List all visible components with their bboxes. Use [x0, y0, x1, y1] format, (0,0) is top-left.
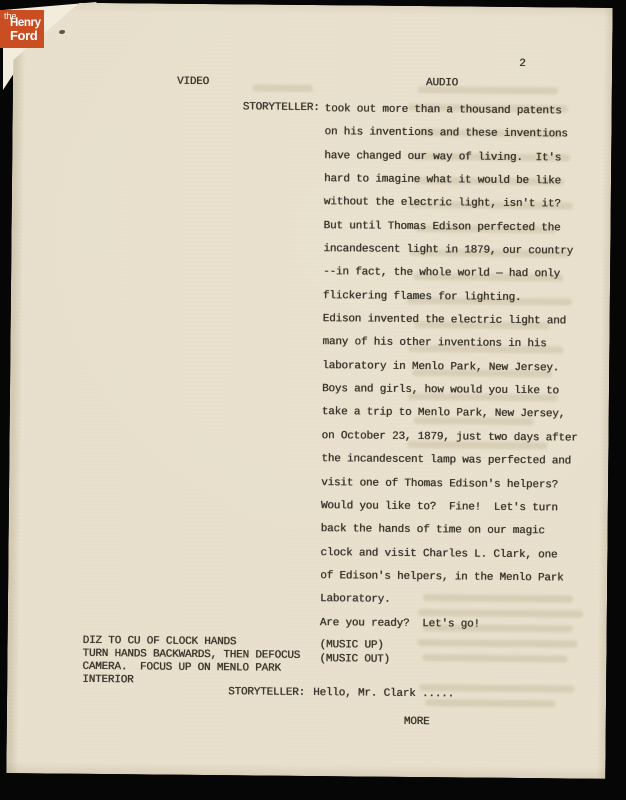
audio-dialogue-block: took out more than a thousand patentson …: [320, 98, 581, 637]
dialogue-line: the incandescent lamp was perfected and: [321, 448, 577, 474]
dialogue-line: hard to imagine what it would be like: [324, 168, 580, 194]
dialogue-line: take a trip to Menlo Park, New Jersey,: [322, 402, 578, 428]
page-number: 2: [519, 58, 526, 70]
henry-ford-logo: the Henry Ford: [0, 10, 44, 48]
bleed-through-artifact: [253, 84, 313, 92]
dialogue-line: --in fact, the whole world — had only: [323, 262, 579, 288]
more-continuation-label: MORE: [404, 716, 430, 728]
dialogue-line: without the electric light, isn't it?: [324, 192, 580, 218]
dialogue-line: visit one of Thomas Edison's helpers?: [321, 472, 577, 498]
dialogue-line: on his inventions and these inventions: [324, 121, 580, 147]
music-cue-line: (MUSIC OUT): [319, 652, 390, 667]
dialogue-line: Boys and girls, how would you like to: [322, 378, 578, 404]
dialogue-line: clock and visit Charles L. Clark, one: [320, 542, 576, 568]
dialogue-line: on October 23, 1879, just two days after: [321, 425, 577, 451]
bleed-through-artifact: [422, 654, 567, 662]
bleed-through-artifact: [425, 699, 555, 707]
dialogue-line: have changed our way of living. It's: [324, 145, 580, 171]
dialogue-line: Would you like to? Fine! Let's turn: [321, 495, 577, 521]
scan-background: 2 VIDEO AUDIO STORYTELLER: took out more…: [0, 0, 626, 800]
music-cue-line: (MUSIC UP): [319, 638, 390, 653]
dialogue-line: many of his other inventions in his: [322, 332, 578, 358]
dialogue-line: back the hands of time on our magic: [321, 518, 577, 544]
dialogue-line: flickering flames for lighting.: [323, 285, 579, 311]
dialogue-line: incandescent light in 1879, our country: [323, 238, 579, 264]
dialogue-line: of Edison's helpers, in the Menlo Park: [320, 565, 576, 591]
closing-dialogue-line: Hello, Mr. Clark .....: [313, 687, 454, 700]
dialogue-line: Laboratory.: [320, 588, 576, 614]
audio-column-header: AUDIO: [426, 77, 458, 89]
video-direction-block: DIZ TO CU OF CLOCK HANDSTURN HANDS BACKW…: [82, 635, 300, 689]
dialogue-line: Edison invented the electric light and: [323, 308, 579, 334]
video-column-header: VIDEO: [177, 76, 209, 88]
dialogue-line: But until Thomas Edison perfected the: [323, 215, 579, 241]
dialogue-line: Are you ready? Let's go!: [320, 612, 576, 638]
dialogue-line: took out more than a thousand patents: [325, 98, 581, 124]
speaker-label: STORYTELLER:: [243, 101, 320, 114]
script-page: 2 VIDEO AUDIO STORYTELLER: took out more…: [6, 2, 612, 779]
bleed-through-artifact: [418, 639, 578, 648]
logo-text-ford: Ford: [10, 28, 37, 43]
music-cue-block: (MUSIC UP)(MUSIC OUT): [319, 638, 390, 667]
speaker-label-2: STORYTELLER:: [228, 686, 305, 699]
dialogue-line: laboratory in Menlo Park, New Jersey.: [322, 355, 578, 381]
